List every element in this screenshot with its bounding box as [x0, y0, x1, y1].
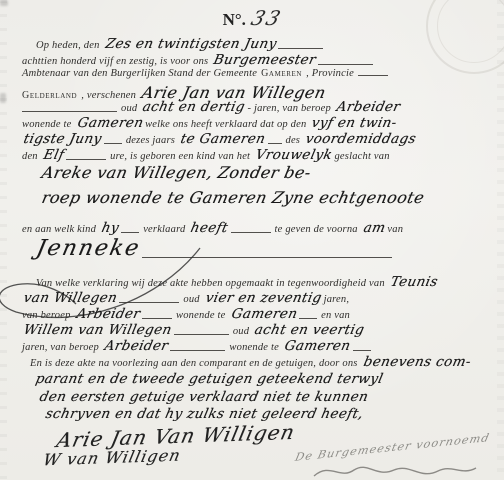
handwritten-witness1-surname: van Willegen [22, 290, 119, 306]
line-closing-handwritten-3: schryven en dat hy zulks niet geleerd he… [44, 406, 494, 422]
municipality-name: Gameren [261, 68, 302, 79]
printed-text: en aan welk kind [22, 224, 96, 235]
handwritten-witness2-residence: Gameren [283, 338, 352, 354]
ink-rule [358, 74, 388, 76]
printed-text: Ambtenaar van den Burgerlijken Stand der… [22, 68, 257, 79]
handwritten-verb: heeft [189, 220, 230, 236]
official-signature-scribble [310, 458, 480, 480]
ink-rule [268, 142, 282, 144]
line-witness1-age: van Willegen oud vier en zeventig jaren, [22, 290, 494, 306]
handwritten-residence: Gameren [76, 115, 145, 131]
line-closing-handwritten-2: den eersten getuige verklaard niet te ku… [38, 389, 494, 405]
printed-text: jaren, [324, 294, 350, 305]
ink-rule [318, 63, 373, 65]
line-year-official: achttien honderd vijf en zestig, is voor… [22, 52, 494, 68]
printed-text: dezes jaars [126, 135, 175, 146]
line-child-name: Jenneke [34, 236, 494, 261]
printed-text: en van [321, 310, 350, 321]
handwritten-witness2-age: acht en veertig [253, 322, 366, 338]
ink-rule [299, 317, 317, 319]
handwritten-closing: schryven en dat hy zulks niet geleerd he… [44, 406, 365, 422]
handwritten-mother-name: Areke van Willegen, Zonder be- [40, 163, 313, 182]
handwritten-witness2-occupation: Arbeider [103, 338, 170, 354]
printed-text: Van welke verklaring wij deze akte hebbe… [36, 278, 385, 289]
handwritten-witness1-age: vier en zeventig [204, 290, 323, 306]
printed-text: welke ons heeft verklaard dat op den [145, 119, 306, 130]
printed-text: , Provincie [306, 68, 354, 79]
printed-text: - jaren, van beroep [247, 103, 331, 114]
handwritten-date: Zes en twintigsten Juny [104, 36, 278, 52]
ink-rule [142, 317, 172, 319]
handwritten-age: acht en dertig [141, 99, 246, 115]
act-number-value: 33 [248, 6, 285, 30]
line-residence-birthdate: wonende te Gameren welke ons heeft verkl… [22, 115, 494, 131]
bleedthrough-right-margin [497, 0, 504, 480]
handwritten-occupation: Arbeider [335, 99, 402, 115]
handwritten-word-part: am [362, 220, 387, 236]
printed-text: achttien honderd vijf en zestig, is voor… [22, 56, 208, 67]
ink-smudge [0, 93, 6, 103]
handwritten-child-name: Jenneke [34, 236, 143, 261]
handwritten-closing: benevens com- [362, 354, 473, 370]
handwritten-witness1-residence: Gameren [230, 306, 299, 322]
printed-text: den [22, 151, 38, 162]
printed-text: ure, is geboren een kind van het [110, 151, 250, 162]
birth-certificate-document: N°. 33 Op heden, den Zes en twintigsten … [0, 0, 504, 480]
line-closing-handwritten-1: parant en de tweede getuigen geteekend t… [34, 371, 494, 387]
handwritten-birthplace: te Gameren [179, 131, 267, 147]
ink-rule [170, 349, 225, 351]
line-witness2-name-age: Willem van Willegen oud acht en veertig [22, 322, 494, 338]
line-municipality: Ambtenaar van den Burgerlijken Stand der… [22, 68, 494, 79]
printed-text: te geven de voorna [275, 224, 358, 235]
bleedthrough-left-margin [0, 0, 7, 480]
printed-text: oud [121, 103, 137, 114]
act-number-label: N°. [223, 10, 246, 30]
printed-text: verklaard [143, 224, 185, 235]
line-mother-residence: roep wonende te Gameren Zyne echtgenoote [40, 188, 494, 207]
handwritten-pronoun: hy [100, 220, 121, 236]
ink-rule [66, 158, 106, 160]
printed-text: En is deze akte na voorlezing aan den co… [30, 358, 358, 369]
handwritten-daypart: voordemiddags [304, 131, 418, 147]
printed-text: wonende te [22, 119, 72, 130]
line-declarant-age-occupation: oud acht en dertig - jaren, van beroep A… [22, 99, 494, 115]
line-witness1-occupation: van beroep Arbeider wonende te Gameren e… [22, 306, 494, 322]
printed-text: Op heden, den [36, 40, 100, 51]
handwritten-gender: Vrouwelyk [254, 147, 334, 163]
handwritten-witness1-firstname: Teunis [389, 274, 439, 290]
ink-rule [121, 231, 139, 233]
handwritten-witness1-occupation: Arbeider [75, 306, 142, 322]
act-number: N°. 33 [0, 6, 504, 30]
ink-rule [22, 110, 117, 112]
line-name-giving: en aan welk kind hy verklaard heeft te g… [22, 220, 494, 236]
ink-rule [142, 256, 392, 258]
handwritten-hour: Elf [42, 147, 66, 163]
ink-rule [353, 349, 371, 351]
handwritten-witness2-name: Willem van Willegen [22, 322, 173, 338]
line-registration-date: Op heden, den Zes en twintigsten Juny [36, 36, 494, 52]
printed-text: van [387, 224, 403, 235]
printed-text: des [286, 135, 301, 146]
line-witness2-occupation: jaren, van beroep Arbeider wonende te Ga… [22, 338, 494, 354]
handwritten-closing: den eersten getuige verklaard niet te ku… [38, 389, 370, 405]
handwritten-mother-residence: roep wonende te Gameren Zyne echtgenoote [40, 188, 426, 207]
handwritten-closing: parant en de tweede getuigen geteekend t… [34, 371, 385, 387]
ink-rule [104, 142, 122, 144]
signature-second-witness: W van Willigen [41, 446, 182, 470]
line-witnesses-intro: Van welke verklaring wij deze akte hebbe… [36, 274, 494, 290]
printed-text: van beroep [22, 310, 71, 321]
line-closing-printed: En is deze akte na voorlezing aan den co… [30, 354, 494, 370]
signature-official-title: De Burgemeester voornoemd [294, 431, 491, 464]
ink-rule [278, 47, 323, 49]
printed-text: oud [183, 294, 199, 305]
printed-text: geslacht van [334, 151, 389, 162]
printed-text: wonende te [176, 310, 226, 321]
printed-text: jaren, van beroep [22, 342, 99, 353]
printed-text: oud [233, 326, 249, 337]
handwritten-birthdate-part: vyf en twin- [310, 115, 398, 131]
ink-rule [119, 301, 179, 303]
handwritten-birthdate-part: tigste Juny [22, 131, 103, 147]
line-mother-name: Areke van Willegen, Zonder be- [40, 163, 494, 182]
line-hour-gender: den Elf ure, is geboren een kind van het… [22, 147, 494, 163]
ink-rule [231, 231, 271, 233]
printed-text: wonende te [229, 342, 279, 353]
line-birthplace-time: tigste Juny dezes jaars te Gameren des v… [22, 131, 494, 147]
handwritten-official-title: Burgemeester [212, 52, 317, 68]
ink-rule [174, 333, 229, 335]
